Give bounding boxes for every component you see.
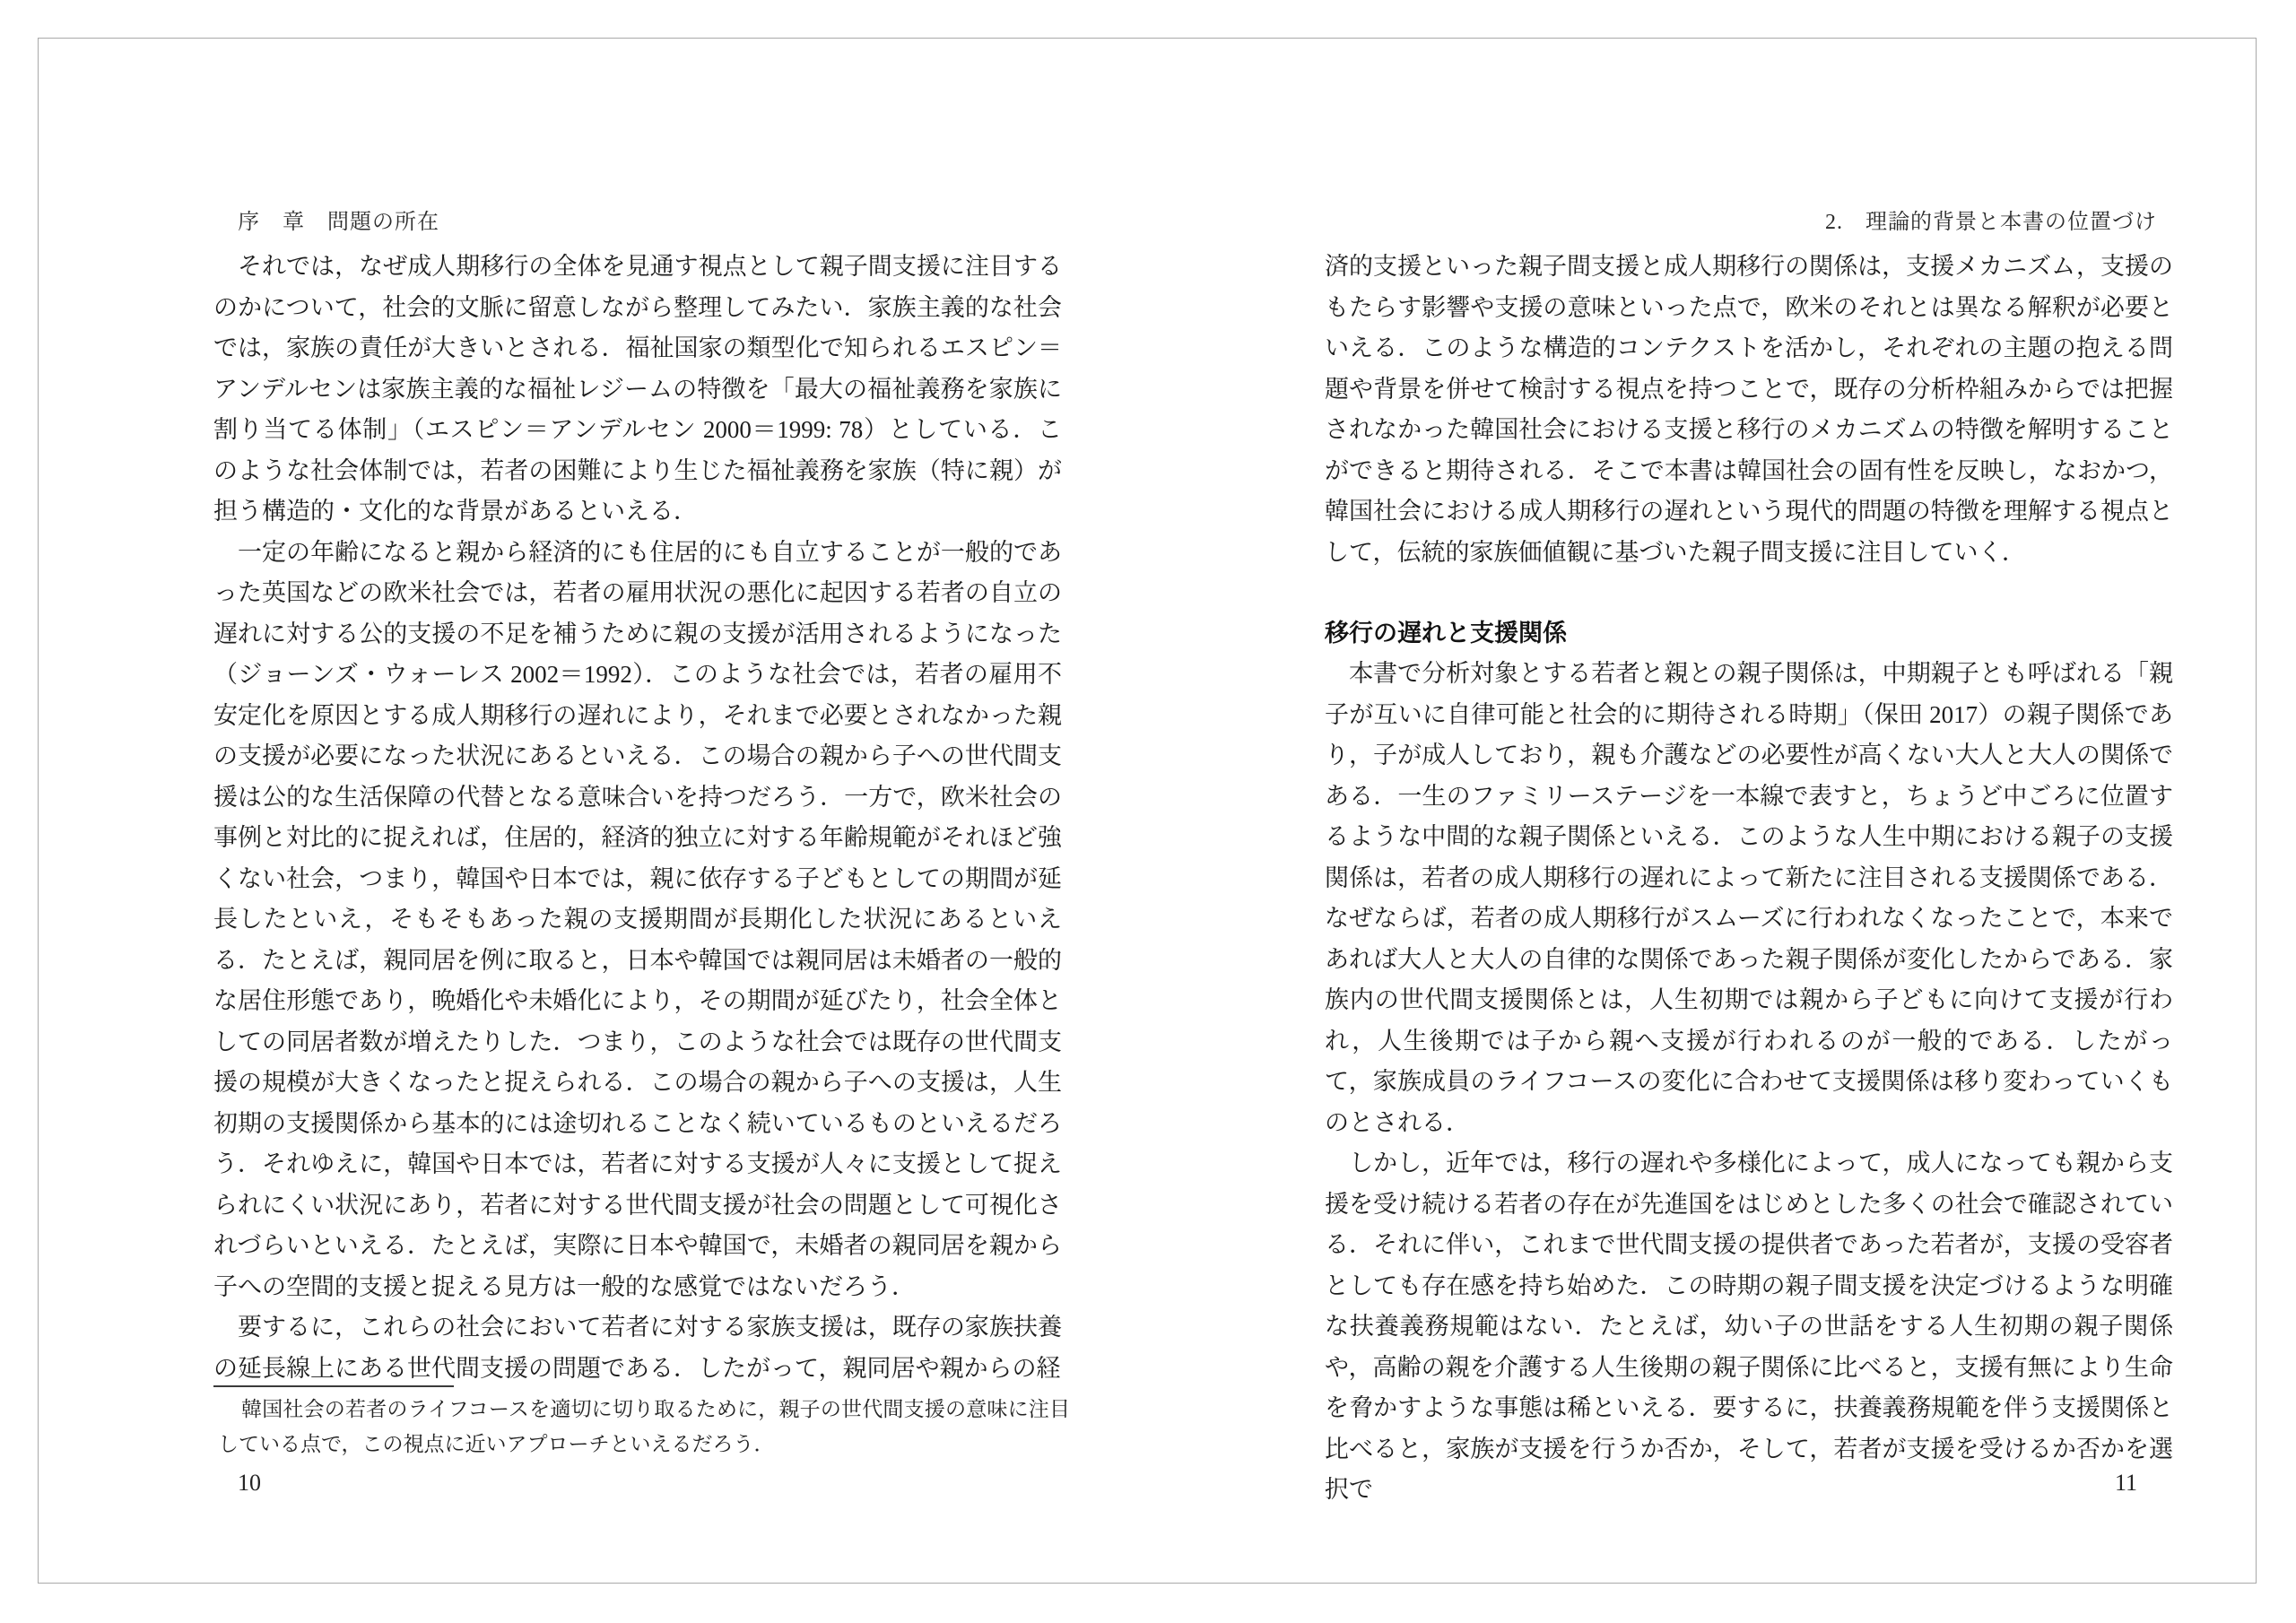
paragraph: しかし，近年では，移行の遅れや多様化によって，成人になっても親から支援を受け続け… <box>1325 1143 2173 1511</box>
page-number-left: 10 <box>238 1470 261 1497</box>
section-heading: 移行の遅れと支援関係 <box>1325 618 2173 648</box>
footnote: 韓国社会の若者のライフコースを適切に切り取るために，親子の世代間支援の意味に注目… <box>218 1392 1070 1462</box>
paragraph: 要するに，これらの社会において若者に対する家族支援は，既存の家族扶養の延長線上に… <box>213 1307 1062 1389</box>
running-head-right: 2. 理論的背景と本書の位置づけ <box>1325 209 2173 236</box>
book-spread: { "meta": { "accent_text_color": "#1c1c1… <box>0 0 2296 1623</box>
right-page: 2. 理論的背景と本書の位置づけ 済的支援といった親子間支援と成人期移行の関係は… <box>1325 209 2173 1511</box>
paragraph: 済的支援といった親子間支援と成人期移行の関係は，支援メカニズム，支援のもたらす影… <box>1325 247 2173 573</box>
paragraph: 本書で分析対象とする若者と親との親子関係は，中期親子とも呼ばれる「親子が互いに自… <box>1325 654 2173 1143</box>
paragraph: それでは，なぜ成人期移行の全体を見通す視点として親子間支援に注目するのかについて… <box>213 247 1062 533</box>
paragraph: 一定の年齢になると親から経済的にも住居的にも自立することが一般的であった英国など… <box>213 533 1062 1308</box>
page-sheet: 序 章 問題の所在 それでは，なぜ成人期移行の全体を見通す視点として親子間支援に… <box>38 38 2257 1584</box>
running-head-left: 序 章 問題の所在 <box>213 209 1062 236</box>
left-page: 序 章 問題の所在 それでは，なぜ成人期移行の全体を見通す視点として親子間支援に… <box>213 209 1062 1389</box>
page-number-right: 11 <box>2101 1470 2137 1497</box>
left-page-body: それでは，なぜ成人期移行の全体を見通す視点として親子間支援に注目するのかについて… <box>213 247 1062 1389</box>
right-page-body: 済的支援といった親子間支援と成人期移行の関係は，支援メカニズム，支援のもたらす影… <box>1325 247 2173 1511</box>
footnote-rule <box>213 1385 454 1387</box>
